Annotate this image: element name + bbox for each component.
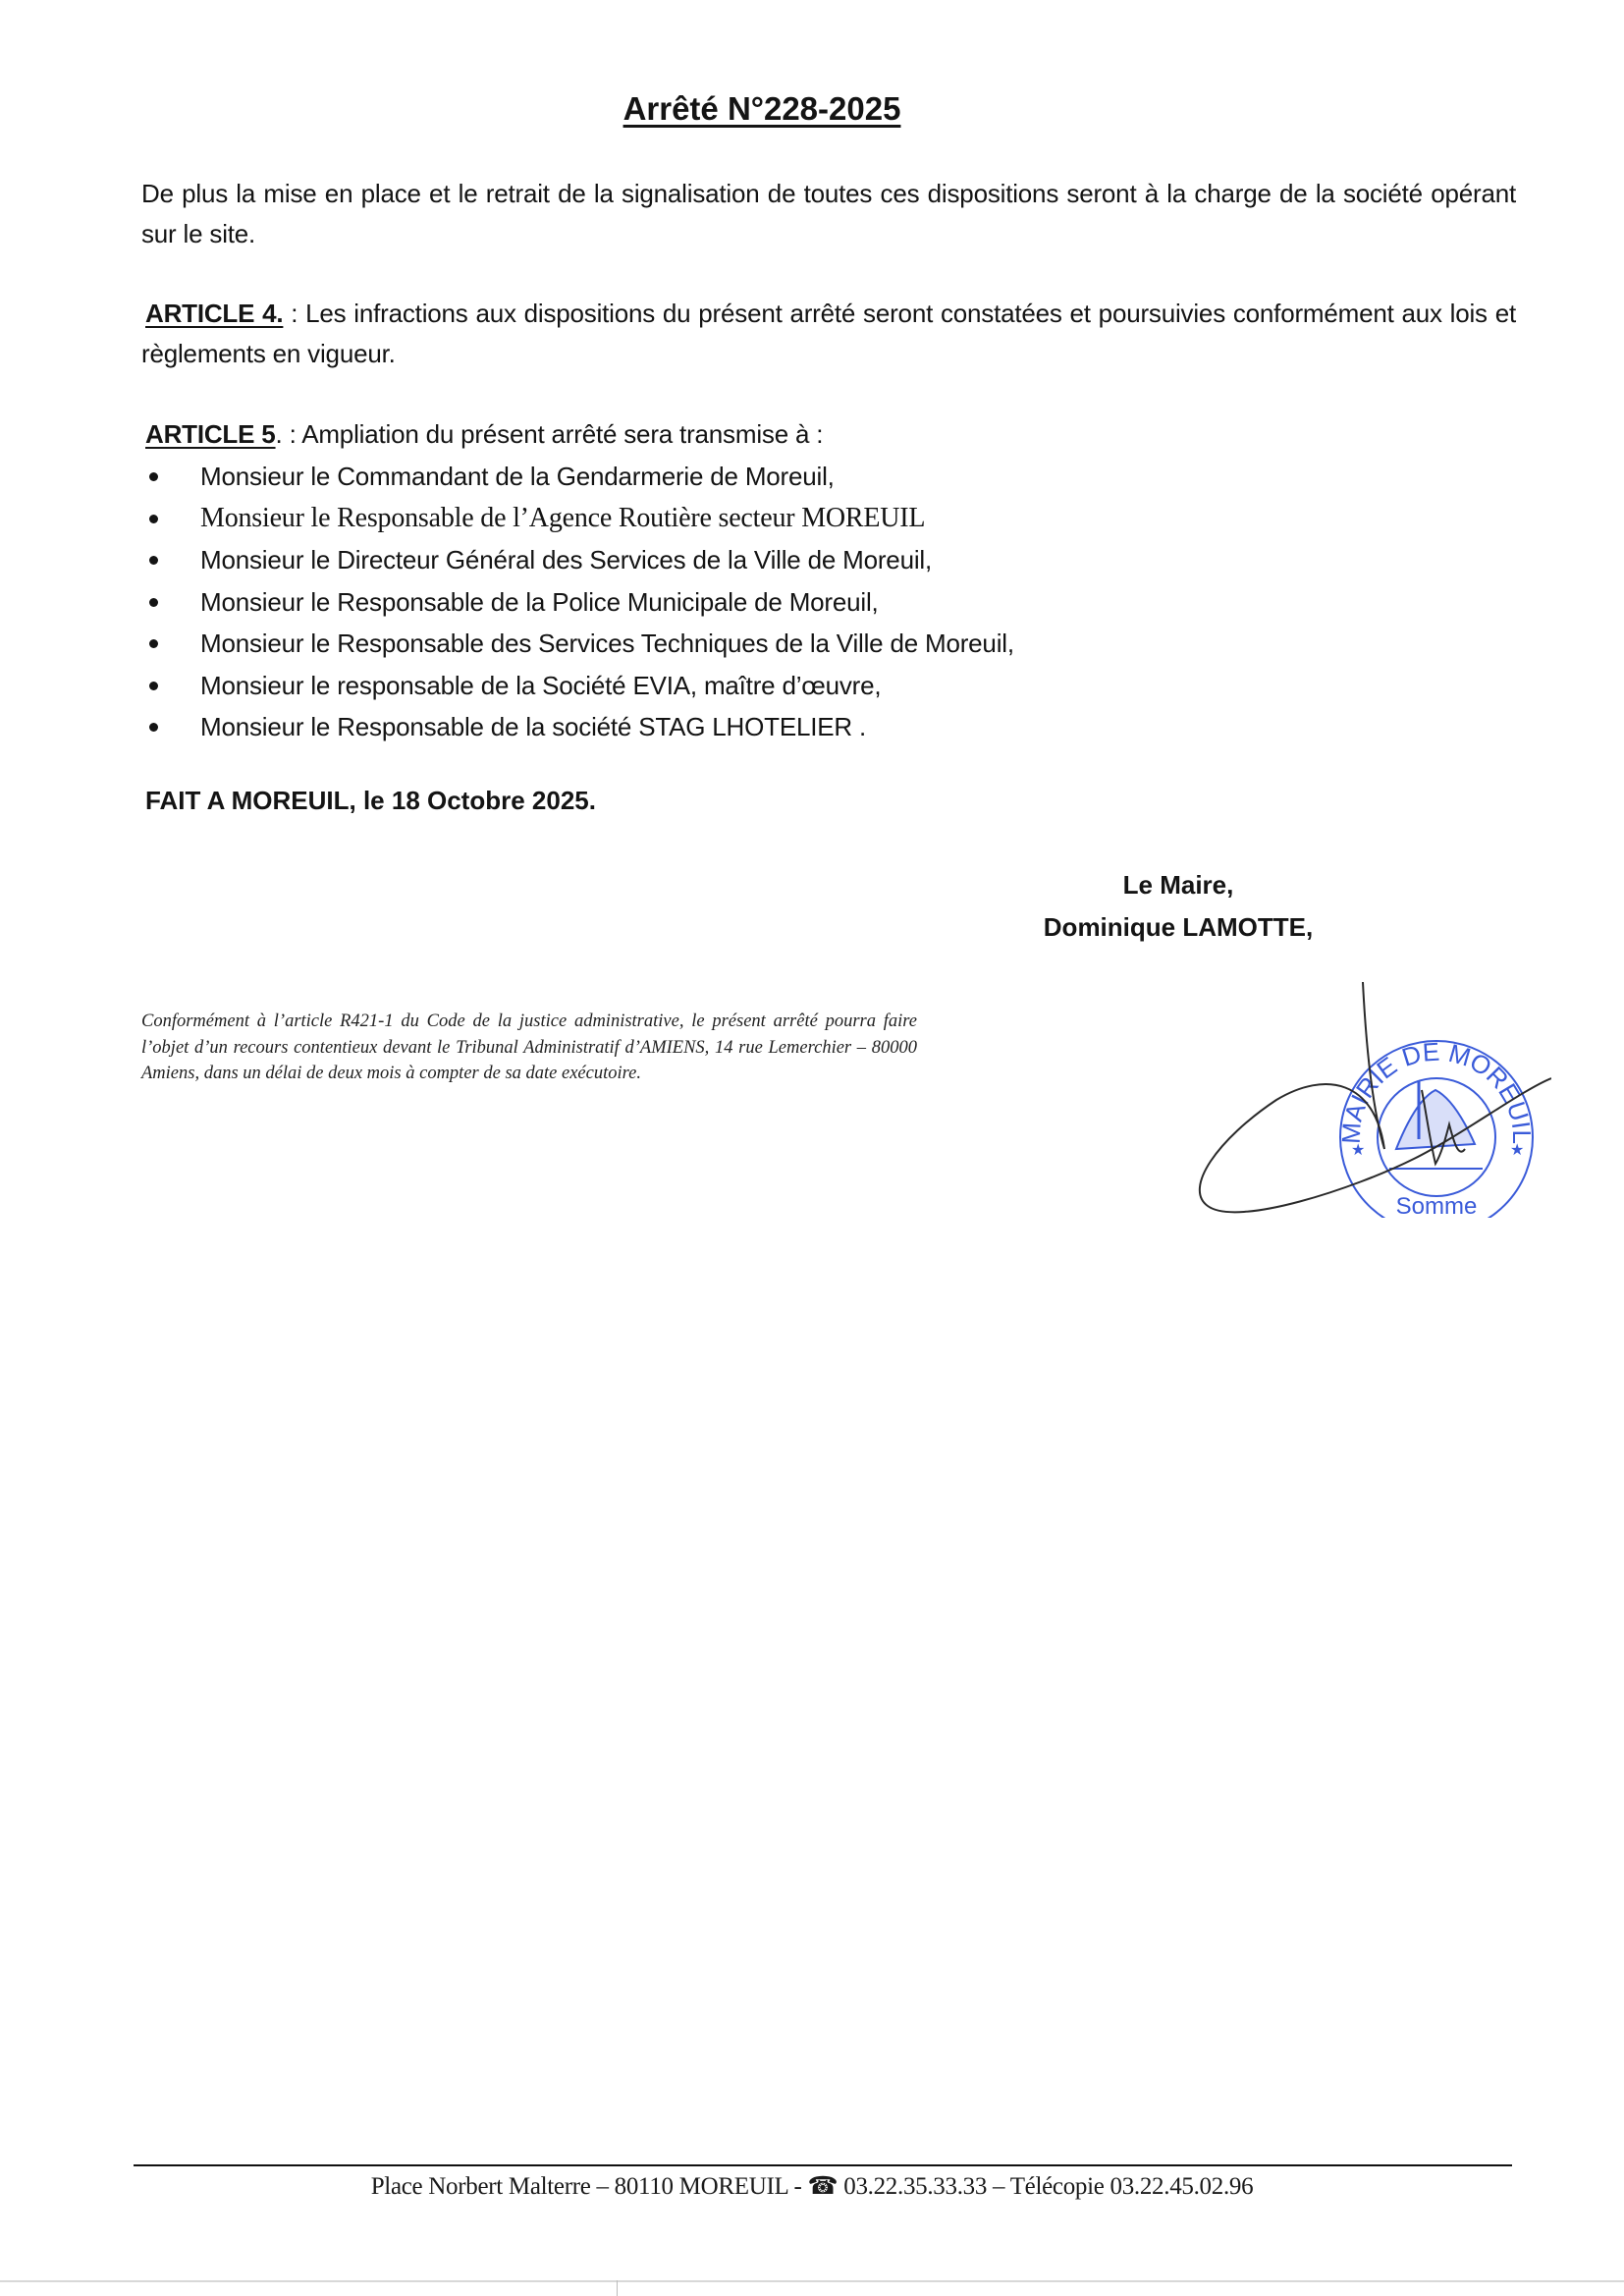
recipient-text: Monsieur le Responsable de la société ST… xyxy=(200,712,866,741)
signatory-block: Le Maire, Dominique LAMOTTE, xyxy=(982,864,1375,949)
star-icon: ★ xyxy=(1510,1142,1524,1159)
article-4-text: : Les infractions aux dispositions du pr… xyxy=(141,299,1516,368)
appeal-notice: Conformément à l’article R421-1 du Code … xyxy=(141,1009,917,1087)
stamp-bottom-text: Somme xyxy=(1396,1193,1478,1218)
recipient-list: Monsieur le Commandant de la Gendarmerie… xyxy=(141,456,1014,748)
list-item: Monsieur le responsable de la Société EV… xyxy=(141,665,1014,707)
bullet-icon xyxy=(149,556,158,565)
intro-paragraph: De plus la mise en place et le retrait d… xyxy=(141,174,1516,254)
done-at-line: FAIT A MOREUIL, le 18 Octobre 2025. xyxy=(145,786,596,816)
recipient-text: Monsieur le Responsable des Services Tec… xyxy=(200,629,1014,658)
town-hall-stamp-icon: MAIRIE DE MOREUIL Somme ★ ★ xyxy=(1178,962,1551,1218)
list-item: Monsieur le Responsable de l’Agence Rout… xyxy=(141,498,1014,540)
scan-edge-tick xyxy=(617,2280,618,2296)
article-4-label: ARTICLE 4. xyxy=(145,299,283,328)
footer-contact: Place Norbert Malterre – 80110 MOREUIL -… xyxy=(0,2171,1624,2201)
footer-divider xyxy=(134,2164,1512,2166)
recipient-text: Monsieur le Commandant de la Gendarmerie… xyxy=(200,462,835,491)
bullet-icon xyxy=(149,682,158,690)
bullet-icon xyxy=(149,639,158,648)
article-4: ARTICLE 4. : Les infractions aux disposi… xyxy=(141,294,1516,374)
bullet-icon xyxy=(149,598,158,607)
recipient-text: Monsieur le responsable de la Société EV… xyxy=(200,671,881,700)
article-5-text: . : Ampliation du présent arrêté sera tr… xyxy=(276,419,824,449)
article-5: ARTICLE 5. : Ampliation du présent arrêt… xyxy=(141,414,1516,455)
phone-icon: ☎ xyxy=(807,2173,838,2200)
list-item: Monsieur le Directeur Général des Servic… xyxy=(141,539,1014,581)
footer-phone-fax: 03.22.35.33.33 – Télécopie 03.22.45.02.9… xyxy=(838,2173,1253,2200)
list-item: Monsieur le Commandant de la Gendarmerie… xyxy=(141,456,1014,498)
list-item: Monsieur le Responsable de la Police Mun… xyxy=(141,581,1014,624)
recipient-text: Monsieur le Directeur Général des Servic… xyxy=(200,545,932,574)
document-title: Arrêté N°228-2025 xyxy=(0,90,1524,128)
article-5-label: ARTICLE 5 xyxy=(145,419,276,449)
recipient-text: Monsieur le Responsable de la Police Mun… xyxy=(200,587,879,617)
title-text: Arrêté N°228-2025 xyxy=(623,90,901,127)
signatory-role: Le Maire, xyxy=(982,864,1375,906)
list-item: Monsieur le Responsable des Services Tec… xyxy=(141,623,1014,665)
list-item: Monsieur le Responsable de la société ST… xyxy=(141,706,1014,748)
signatory-name: Dominique LAMOTTE, xyxy=(982,906,1375,949)
scan-edge-line xyxy=(0,2280,1624,2282)
bullet-icon xyxy=(149,723,158,732)
star-icon: ★ xyxy=(1351,1142,1365,1159)
bullet-icon xyxy=(149,472,158,481)
recipient-text: Monsieur le Responsable de l’Agence Rout… xyxy=(200,503,925,533)
footer-address: Place Norbert Malterre – 80110 MOREUIL - xyxy=(371,2173,808,2200)
bullet-icon xyxy=(149,515,158,523)
